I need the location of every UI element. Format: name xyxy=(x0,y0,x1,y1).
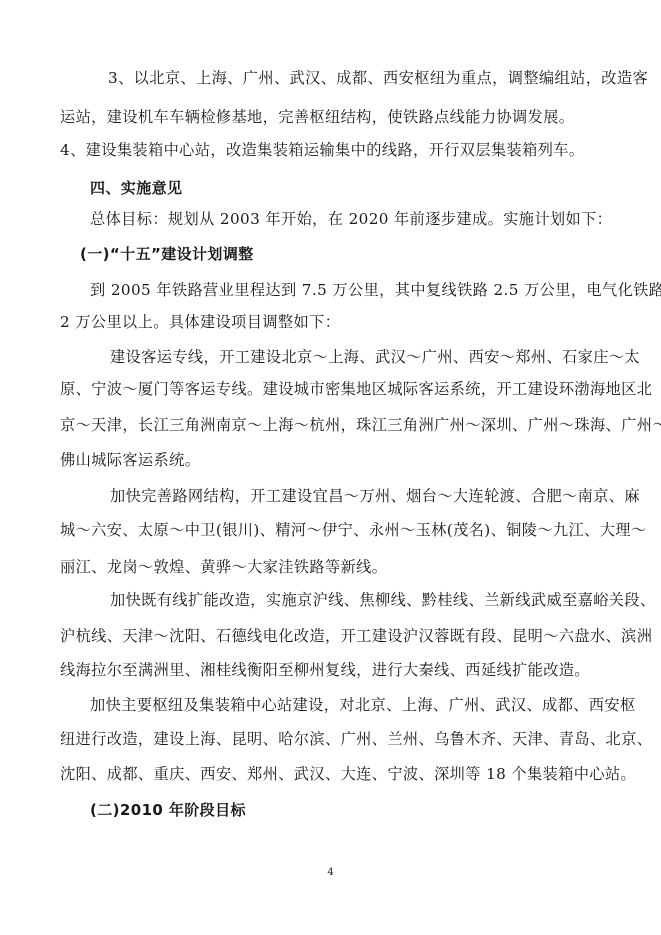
paragraph-line: 城～六安、太原～中卫(银川)、精河～伊宁、永州～玉林(茂名)、铜陵～九江、大理～ xyxy=(60,520,646,540)
section-heading: 四、实施意见 xyxy=(90,178,182,198)
paragraph-line: 3、以北京、上海、广州、武汉、成都、西安枢纽为重点，调整编组站，改造客 xyxy=(108,68,648,88)
paragraph-line: 运站，建设机车车辆检修基地，完善枢纽结构，使铁路点线能力协调发展。 xyxy=(60,107,574,127)
paragraph-line: 沈阳、成都、重庆、西安、郑州、武汉、大连、宁波、深圳等 18 个集装箱中心站。 xyxy=(60,764,636,784)
paragraph-line: 总体目标：规划从 2003 年开始，在 2020 年前逐步建成。实施计划如下： xyxy=(90,209,612,229)
paragraph-line: 纽进行改造，建设上海、昆明、哈尔滨、广州、兰州、乌鲁木齐、天津、青岛、北京、 xyxy=(60,729,652,749)
paragraph-line: 丽江、龙岗～敦煌、黄骅～大家洼铁路等新线。 xyxy=(60,557,387,577)
paragraph-line: 加快主要枢纽及集装箱中心站建设，对北京、上海、广州、武汉、成都、西安枢 xyxy=(90,695,636,715)
paragraph-line: 2 万公里以上。具体建设项目调整如下： xyxy=(60,312,340,332)
paragraph-line: 原、宁波～厦门等客运专线。建设城市密集地区城际客运系统，开工建设环渤海地区北 xyxy=(60,379,652,399)
paragraph-line: 加快既有线扩能改造，实施京沪线、焦柳线、黔桂线、兰新线武威至嘉峪关段、 xyxy=(110,590,656,610)
paragraph-line: 线海拉尔至满洲里、湘桂线衡阳至柳州复线，进行大秦线、西延线扩能改造。 xyxy=(60,660,590,680)
paragraph-line: 加快完善路网结构，开工建设宜昌～万州、烟台～大连轮渡、合肥～南京、麻 xyxy=(110,486,640,506)
section-heading: (一)“十五”建设计划调整 xyxy=(80,244,254,264)
paragraph-line: 沪杭线、天津～沈阳、石德线电化改造，开工建设沪汉蓉既有段、昆明～六盘水、滨洲 xyxy=(60,626,652,646)
paragraph-line: 4、建设集装箱中心站，改造集装箱运输集中的线路，开行双层集装箱列车。 xyxy=(60,140,584,160)
paragraph-line: 京～天津，长江三角洲南京～上海～杭州，珠江三角洲广州～深圳、广州～珠海、广州～ xyxy=(60,415,661,435)
paragraph-line: 建设客运专线，开工建设北京～上海、武汉～广州、西安～郑州、石家庄～太 xyxy=(110,347,640,367)
paragraph-line: 佛山城际客运系统。 xyxy=(60,450,200,470)
section-heading: (二)2010 年阶段目标 xyxy=(90,800,246,820)
paragraph-line: 到 2005 年铁路营业里程达到 7.5 万公里，其中复线铁路 2.5 万公里，… xyxy=(90,280,661,300)
page-number: 4 xyxy=(0,867,661,878)
